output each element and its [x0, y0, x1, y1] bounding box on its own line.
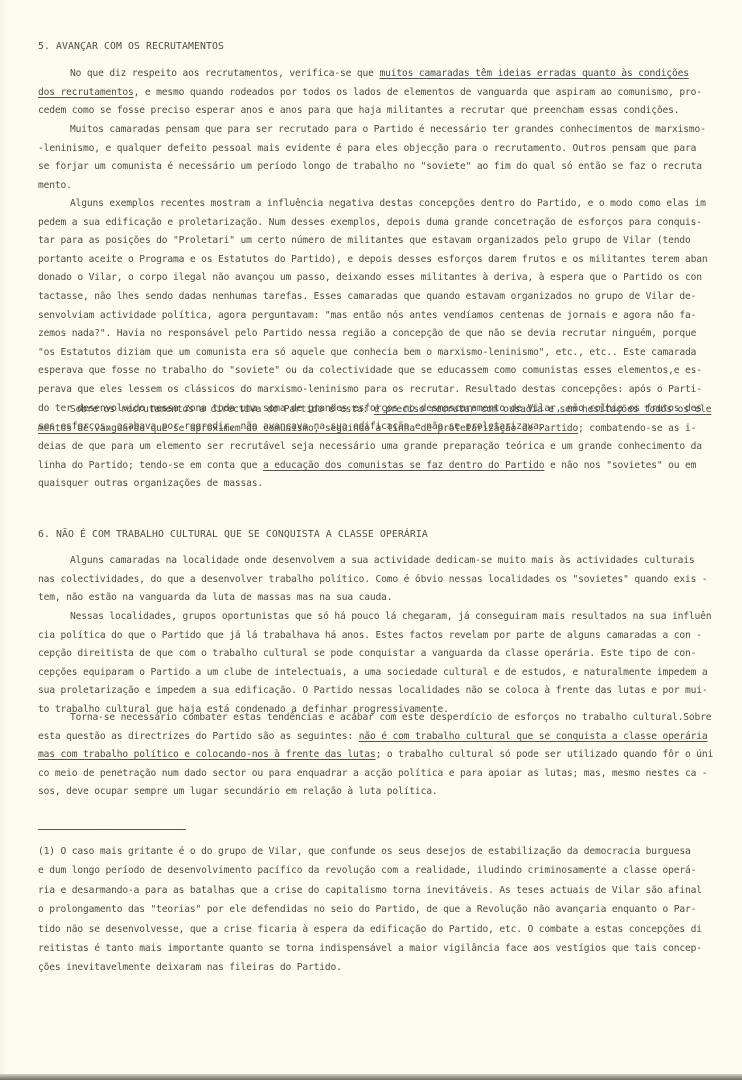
- underlined-emphasis: a educação dos comunistas se faz dentro …: [263, 460, 544, 471]
- section-5-heading: 5. AVANÇAR COM OS RECRUTAMENTOS: [38, 37, 224, 56]
- underlined-emphasis: mentos de vanguarda que se aproximem do …: [38, 423, 578, 434]
- paragraph-line: cepção direitista de que com o trabalho …: [38, 644, 696, 663]
- paragraph-line: cepções equiparam o Partido a um clube d…: [38, 663, 708, 682]
- underlined-emphasis: não é com trabalho cultural que se conqu…: [359, 731, 708, 742]
- paragraph-line: Torna-se necessário combater estas tendê…: [38, 708, 711, 727]
- footnote-line: e dum longo período de desenvolvimento p…: [38, 861, 696, 880]
- paragraph-line: Alguns exemplos recentes mostram a influ…: [38, 194, 706, 213]
- footnote-line: reitistas é tanto mais importante quanto…: [38, 939, 702, 958]
- underlined-emphasis: dos recrutamentos: [38, 87, 134, 98]
- paragraph-line: mentos de vanguarda que se aproximem do …: [38, 419, 696, 438]
- paragraph-line: cedem como se fosse preciso esperar anos…: [38, 101, 679, 120]
- paragraph-line: -leninismo, e qualquer defeito pessoal m…: [38, 139, 696, 158]
- paragraph-line: tem, não estão na vanguarda da luta de m…: [38, 588, 392, 607]
- paragraph-line: co meio de penetração num dado sector ou…: [38, 764, 708, 783]
- footnote-line: (1) O caso mais gritante é o do grupo de…: [38, 842, 691, 861]
- paragraph-line: portanto aceite o Programa e os Estatuto…: [38, 250, 708, 269]
- paragraph-line: Sobre os recrutamentos a directiva do Pa…: [38, 400, 711, 419]
- paragraph-line: sos, deve ocupar sempre um lugar secundá…: [38, 782, 437, 801]
- paragraph-line: Muitos camaradas pensam que para ser rec…: [38, 120, 706, 139]
- paragraph-line: senvolviam actividade política, agora pe…: [38, 306, 696, 325]
- paragraph-line: nas colectividades, do que a desenvolver…: [38, 570, 708, 589]
- paragraph-line: linha do Partido; tendo-se em conta que …: [38, 456, 696, 475]
- paragraph-line: Nessas localidades, grupos oportunistas …: [38, 607, 711, 626]
- footnote-line: tido não se desenvolvesse, que a crise f…: [38, 920, 702, 939]
- page-bottom-edge: [0, 1074, 742, 1080]
- paragraph-line: mento.: [38, 176, 72, 195]
- paragraph-line: donado o Vilar, o corpo ilegal não avanç…: [38, 268, 702, 287]
- paragraph-line: tar para as posições do "Proletari" um c…: [38, 231, 691, 250]
- paragraph-line: mas com trabalho político e colocando-no…: [38, 745, 713, 764]
- paragraph-line: "os Estatutos diziam que um comunista er…: [38, 343, 696, 362]
- paragraph-line: quaisquer outras organizações de massas.: [38, 474, 263, 493]
- paragraph-line: sua proletarização e impedem a sua edifi…: [38, 681, 708, 700]
- footnote-line: ções inevitavelmente deixaram nas fileir…: [38, 958, 342, 977]
- section-6-heading: 6. NÃO É COM TRABALHO CULTURAL QUE SE CO…: [38, 525, 428, 544]
- paragraph-line: pedem a sua edificação e proletarização.…: [38, 213, 702, 232]
- paragraph-line: Alguns camaradas na localidade onde dese…: [38, 551, 694, 570]
- paragraph-line: perava que eles lessem os clássicos do m…: [38, 380, 702, 399]
- underlined-emphasis: muitos camaradas têm ideias erradas quan…: [379, 68, 688, 79]
- paragraph-line: cia política do que o Partido que já lá …: [38, 626, 702, 645]
- paragraph-line: deias de que para um elemento ser recrut…: [38, 437, 702, 456]
- underlined-emphasis: é preciso recrutar com ousadia e sem hes…: [374, 404, 712, 415]
- paragraph-line: esta questão as directrizes do Partido s…: [38, 727, 708, 746]
- paragraph-line: esperava que fosse no trabalho do "sovie…: [38, 361, 702, 380]
- underlined-emphasis: mas com trabalho político e colocando-no…: [38, 749, 376, 760]
- footnote-separator: [38, 829, 186, 830]
- paragraph-line: No que diz respeito aos recrutamentos, v…: [38, 64, 689, 83]
- paragraph-line: se forjar um comunista é necessário um p…: [38, 157, 702, 176]
- paragraph-line: tactasse, não lhes sendo dadas nenhumas …: [38, 287, 696, 306]
- scanned-page: 5. AVANÇAR COM OS RECRUTAMENTOS No que d…: [0, 0, 742, 1080]
- paragraph-line: dos recrutamentos, e mesmo quando rodead…: [38, 83, 702, 102]
- footnote-line: ria e desarmando-a para as batalhas que …: [38, 881, 702, 900]
- paragraph-line: zemos nada?". Havia no responsável pelo …: [38, 324, 696, 343]
- footnote-line: o prolongamento das "teorias" por ele de…: [38, 900, 696, 919]
